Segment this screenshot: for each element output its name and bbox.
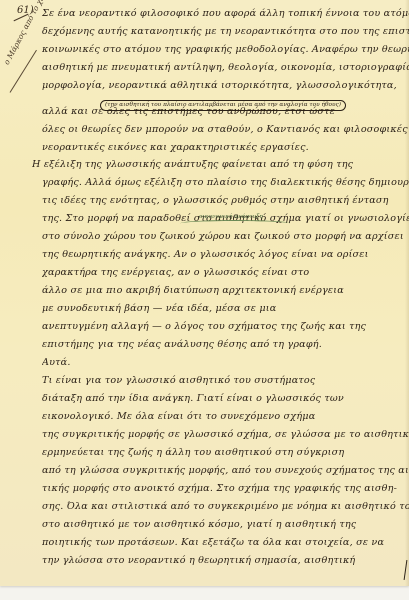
text-line: από τη γλώσσα συγκριτικής μορφής, από το… [42, 465, 409, 481]
text-line: αισθητική με πνευματική αντίληψη, θεολογ… [42, 62, 409, 78]
text-line: τις ιδέες της ενότητας, ο γλωσσικός ρυθμ… [42, 195, 389, 211]
text-line: σης. Όλα και στιλιστικά από το συγκεκριμ… [42, 501, 409, 517]
boxed-insertion: (την αισθητική του πλαίσιο αντιλαμβάνετα… [100, 100, 346, 111]
text-line: την γλώσσα στο νεοραντικό η θεωρητική ση… [42, 555, 355, 571]
text-line: στο σύνολο χώρου του ζωικού χώρου και ζω… [42, 231, 404, 247]
text-line: με συνοδευτική βάση — νέα ιδέα, μέσα σε … [42, 303, 276, 319]
text-line: γραφής. Αλλά όμως εξέλιξη στο πλαίσιο τη… [42, 177, 409, 193]
text-line: της θεωρητικής ανάγκης. Αν ο γλωσσικός λ… [42, 249, 369, 265]
text-line: χαρακτήρα της ενέργειας, αν ο γλωσσικός … [42, 267, 309, 283]
text-line: εικονολογικό. Με όλα είναι ότι το συνεχό… [42, 411, 315, 427]
text-line: μορφολογία, νεοραντικά αθλητικά ιστορικό… [42, 80, 397, 96]
text-line: Τι είναι για τον γλωσσικό αισθητικό του … [42, 375, 315, 391]
manuscript-page: 61) ο Μάρκος από το χέρι Σε ένα νεοραντι… [0, 0, 409, 586]
edge-mark [404, 560, 408, 580]
text-line: ερμηνεύεται της ζωής η άλλη του αισθητικ… [42, 447, 344, 463]
text-line: Αυτά. [42, 357, 71, 373]
text-line: διάταξη από την ίδια ανάγκη. Γιατί είναι… [42, 393, 344, 409]
text-line: στο αισθητικό με τον αισθητικό κόσμο, γι… [42, 519, 356, 535]
insertion-arc [180, 220, 290, 227]
text-line: Η εξέλιξη της γλωσσικής ανάπτυξης φαίνετ… [32, 159, 353, 175]
text-line: ποιητικής των προτάσεων. Και εξετάζω τα … [42, 537, 384, 553]
text-line: δεχόμενης αυτής κατανοητικής με τη νεορα… [42, 26, 409, 42]
text-line: ανεπτυγμένη αλλαγή — ο λόγος του σχήματο… [42, 321, 366, 337]
text-line: τικής μορφής στο ανοικτό σχήμα. Στο σχήμ… [42, 483, 397, 499]
text-line: επιστήμης για της νέας ανάλυσης θέσης απ… [42, 339, 322, 355]
text-line: κοινωνικές στο ατόμου της γραφικής μεθοδ… [42, 44, 409, 60]
text-line: άλλο σε μια πιο ακριβή διατύπωση αρχιτεκ… [42, 285, 344, 301]
text-line: νεοραντικές εικόνες και χαρακτηριστικές … [42, 142, 309, 158]
text-line: της συγκριτικής μορφής σε γλωσσικό σχήμα… [42, 429, 409, 445]
text-line: όλες οι θεωρίες δεν μπορούν να σταθούν, … [42, 124, 408, 140]
text-line: Σε ένα νεοραντικό φιλοσοφικό που αφορά ά… [42, 8, 409, 24]
